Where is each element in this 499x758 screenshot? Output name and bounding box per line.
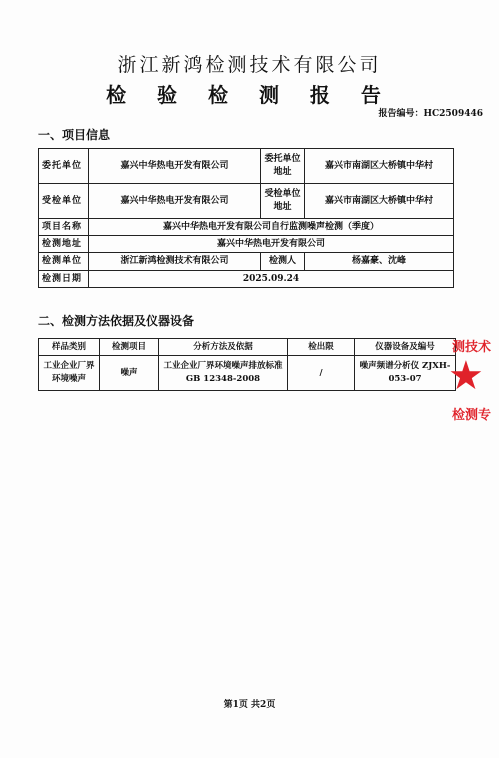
- instrument: 噪声频谱分析仪 ZJXH-053-07: [355, 356, 456, 391]
- date-label: 检测日期: [39, 271, 89, 288]
- method: 工业企业厂界环境噪声排放标准 GB 12348-2008: [159, 356, 288, 391]
- tester-value: 杨嘉豪、沈峰: [305, 253, 454, 271]
- report-number-value: HC2509446: [423, 109, 483, 119]
- unit-label: 检测单位: [39, 253, 89, 271]
- inspected-address-value: 嘉兴市南湖区大桥镇中华村: [305, 184, 454, 219]
- methods-table: 样品类别 检测项目 分析方法及依据 检出限 仪器设备及编号 工业企业厂界环境噪声…: [38, 338, 456, 391]
- test-item: 噪声: [100, 356, 159, 391]
- client-address-value: 嘉兴市南湖区大桥镇中华村: [305, 149, 454, 184]
- table-row: 检测日期 2025.09.24: [39, 271, 454, 288]
- project-label: 项目名称: [39, 219, 89, 236]
- inspected-value: 嘉兴中华热电开发有限公司: [89, 184, 261, 219]
- header-test-item: 检测项目: [100, 339, 159, 356]
- unit-value: 浙江新鸿检测技术有限公司: [89, 253, 261, 271]
- section-methods-title: 二、检测方法依据及仪器设备: [38, 312, 194, 329]
- company-name: 浙江新鸿检测技术有限公司: [0, 50, 499, 77]
- table-row: 检测地址 嘉兴中华热电开发有限公司: [39, 236, 454, 253]
- header-sample-category: 样品类别: [39, 339, 100, 356]
- star-icon: ★: [448, 356, 484, 396]
- table-row: 项目名称 嘉兴中华热电开发有限公司自行监测噪声检测（季度）: [39, 219, 454, 236]
- date-value: 2025.09.24: [89, 271, 454, 288]
- client-address-label: 委托单位地址: [261, 149, 305, 184]
- table-row: 检测单位 浙江新鸿检测技术有限公司 检测人 杨嘉豪、沈峰: [39, 253, 454, 271]
- section-project-info-title: 一、项目信息: [38, 126, 110, 143]
- report-number: 报告编号：HC2509446: [378, 106, 483, 119]
- site-label: 检测地址: [39, 236, 89, 253]
- tester-label: 检测人: [261, 253, 305, 271]
- client-label: 委托单位: [39, 149, 89, 184]
- detection-limit: /: [288, 356, 355, 391]
- project-value: 嘉兴中华热电开发有限公司自行监测噪声检测（季度）: [89, 219, 454, 236]
- header-detection-limit: 检出限: [288, 339, 355, 356]
- report-number-label: 报告编号：: [378, 109, 423, 119]
- stamp-bottom-text: 检测专: [452, 404, 491, 423]
- project-info-table: 委托单位 嘉兴中华热电开发有限公司 委托单位地址 嘉兴市南湖区大桥镇中华村 受检…: [38, 148, 454, 288]
- client-value: 嘉兴中华热电开发有限公司: [89, 149, 261, 184]
- table-row: 受检单位 嘉兴中华热电开发有限公司 受检单位地址 嘉兴市南湖区大桥镇中华村: [39, 184, 454, 219]
- header-method: 分析方法及依据: [159, 339, 288, 356]
- page-number: 第1页 共2页: [0, 697, 499, 710]
- table-header-row: 样品类别 检测项目 分析方法及依据 检出限 仪器设备及编号: [39, 339, 456, 356]
- table-row: 工业企业厂界环境噪声 噪声 工业企业厂界环境噪声排放标准 GB 12348-20…: [39, 356, 456, 391]
- report-title: 检 验 检 测 报 告: [0, 79, 499, 108]
- header-instrument: 仪器设备及编号: [355, 339, 456, 356]
- site-value: 嘉兴中华热电开发有限公司: [89, 236, 454, 253]
- red-seal-stamp: 测技术 ★ 检测专: [452, 336, 499, 436]
- inspected-label: 受检单位: [39, 184, 89, 219]
- inspected-address-label: 受检单位地址: [261, 184, 305, 219]
- sample-category: 工业企业厂界环境噪声: [39, 356, 100, 391]
- table-row: 委托单位 嘉兴中华热电开发有限公司 委托单位地址 嘉兴市南湖区大桥镇中华村: [39, 149, 454, 184]
